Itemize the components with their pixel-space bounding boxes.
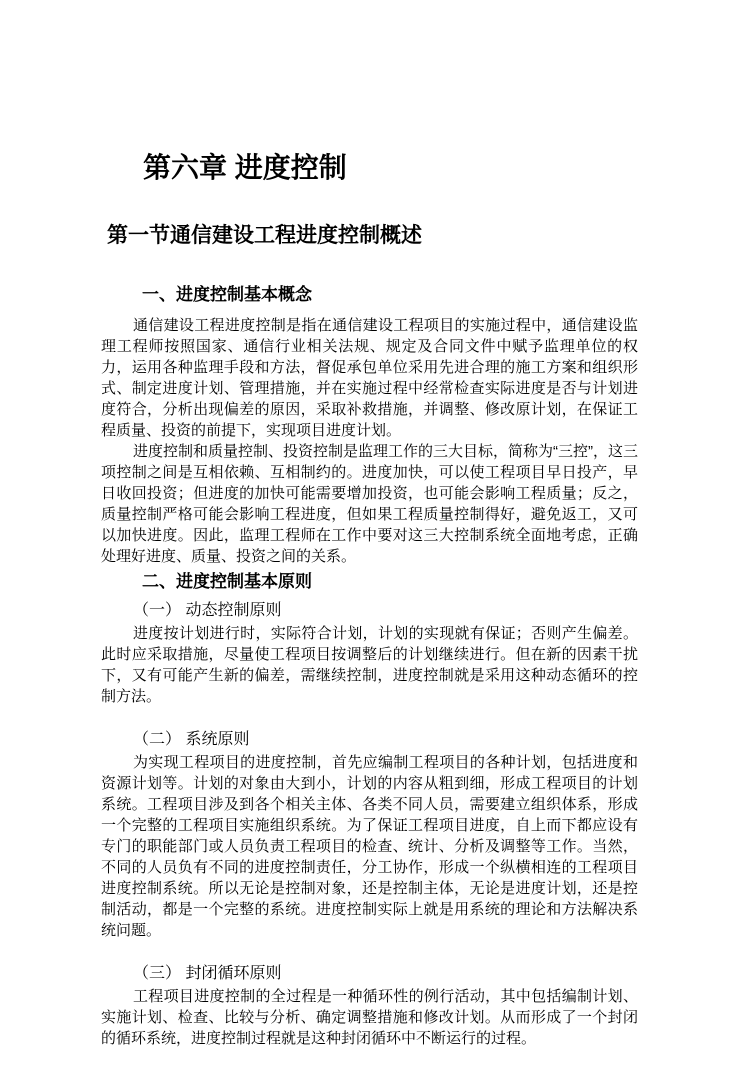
subheading-closed-loop-principle: （三） 封闭循环原则 — [133, 963, 638, 984]
subheading-system-principle: （二） 系统原则 — [133, 729, 638, 750]
paragraph-progress-control-definition: 通信建设工程进度控制是指在通信建设工程项目的实施过程中，通信建设监理工程师按照国… — [101, 315, 638, 441]
paragraph-three-controls: 进度控制和质量控制、投资控制是监理工作的三大目标，简称为“三控”，这三项控制之间… — [101, 441, 638, 567]
heading-basic-principles: 二、进度控制基本原则 — [142, 571, 638, 593]
heading-basic-concepts: 一、进度控制基本概念 — [142, 284, 638, 306]
subheading-dynamic-control-principle: （一） 动态控制原则 — [133, 600, 638, 621]
chapter-title: 第六章 进度控制 — [143, 153, 638, 183]
document-content: 第六章 进度控制 第一节通信建设工程进度控制概述 一、进度控制基本概念 通信建设… — [0, 0, 740, 1080]
document-page: 第六章 进度控制 第一节通信建设工程进度控制概述 一、进度控制基本概念 通信建设… — [0, 0, 740, 1080]
paragraph-dynamic-control-principle: 进度按计划进行时，实际符合计划，计划的实现就有保证；否则产生偏差。此时应采取措施… — [101, 623, 638, 707]
paragraph-closed-loop-principle: 工程项目进度控制的全过程是一种循环性的例行活动，其中包括编制计划、实施计划、检查… — [101, 986, 638, 1049]
section-title: 第一节通信建设工程进度控制概述 — [107, 223, 638, 248]
paragraph-system-principle: 为实现工程项目的进度控制，首先应编制工程项目的各种计划，包括进度和资源计划等。计… — [101, 752, 638, 941]
